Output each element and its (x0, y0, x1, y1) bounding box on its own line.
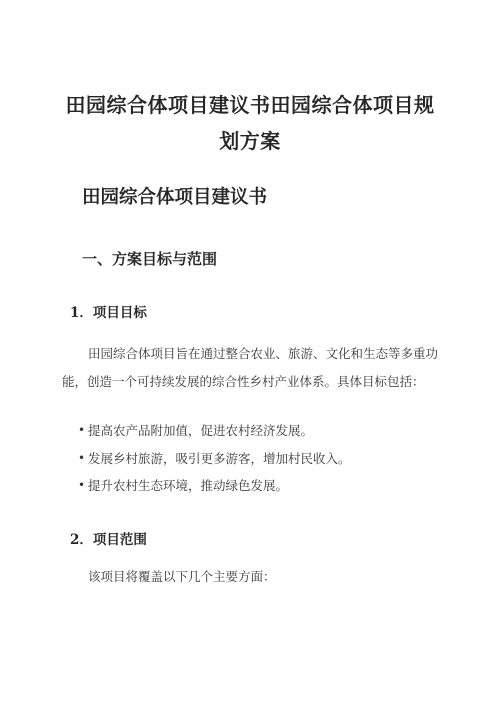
document-title-line-2: 划方案 (62, 124, 438, 160)
document-title: 田园综合体项目建议书田园综合体项目规 划方案 (62, 88, 438, 160)
bullet-icon: • (78, 445, 85, 473)
document-content: 田园综合体项目建议书田园综合体项目规 划方案 田园综合体项目建议书 一、方案目标… (0, 0, 500, 590)
document-page: 田园综合体项目建议书田园综合体项目规 划方案 田园综合体项目建议书 一、方案目标… (0, 0, 500, 707)
document-title-line-1: 田园综合体项目建议书田园综合体项目规 (62, 88, 438, 124)
list-item-text: 发展乡村旅游，吸引更多游客，增加村民收入。 (88, 451, 351, 466)
list-item-text: 提升农村生态环境，推动绿色发展。 (88, 478, 288, 493)
bullet-icon: • (78, 417, 85, 445)
list-item: • 提高农产品附加值，促进农村经济发展。 (62, 417, 438, 445)
paragraph-project-scope: 该项目将覆盖以下几个主要方面： (62, 563, 438, 591)
heading-sub-2-project-scope: 2．项目范围 (62, 530, 438, 550)
goal-list: • 提高农产品附加值，促进农村经济发展。 • 发展乡村旅游，吸引更多游客，增加村… (62, 417, 438, 500)
heading-sub-1-project-goals: 1．项目目标 (62, 303, 438, 323)
heading-proposal: 田园综合体项目建议书 (62, 183, 438, 211)
heading-section-1: 一、方案目标与范围 (62, 248, 438, 271)
paragraph-project-goals: 田园综合体项目旨在通过整合农业、旅游、文化和生态等多重功能，创造一个可持续发展的… (62, 340, 438, 395)
list-item: • 提升农村生态环境，推动绿色发展。 (62, 472, 438, 500)
list-item: • 发展乡村旅游，吸引更多游客，增加村民收入。 (62, 445, 438, 473)
bullet-icon: • (78, 472, 85, 500)
list-item-text: 提高农产品附加值，促进农村经济发展。 (88, 423, 313, 438)
